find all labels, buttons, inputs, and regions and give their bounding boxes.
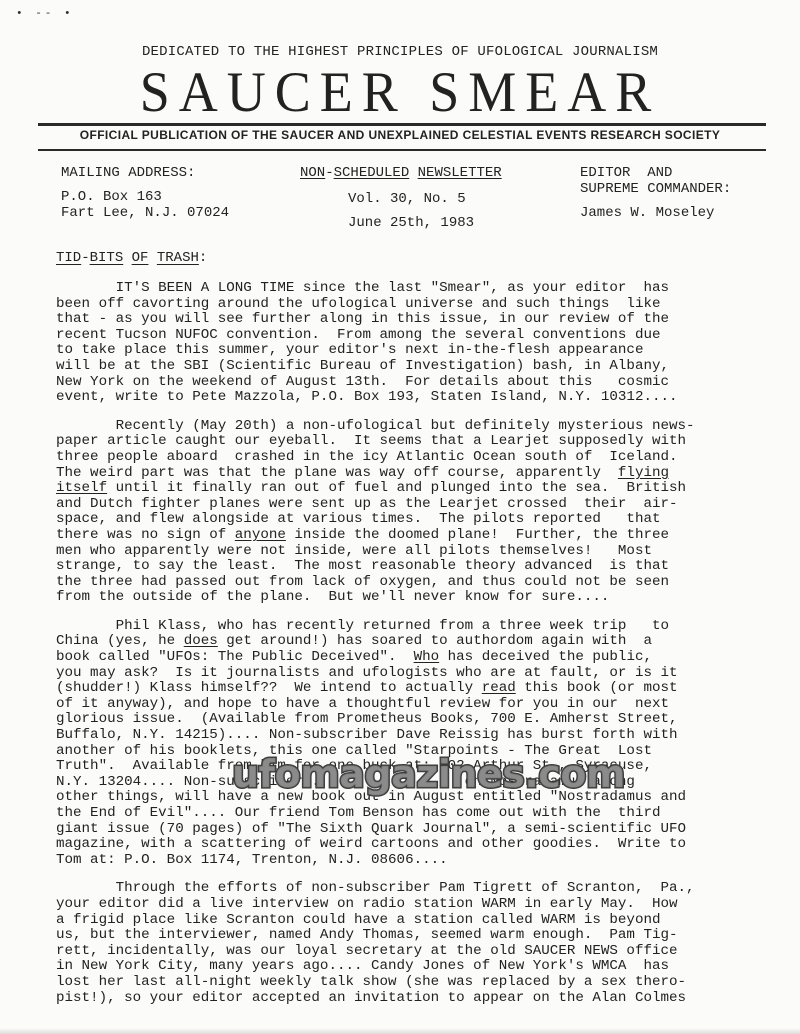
emphasized-word: itself <box>56 480 107 496</box>
editor-title-label: SUPREME COMMANDER: <box>580 181 731 197</box>
editor-label: EDITOR AND <box>580 165 731 181</box>
emphasized-word: Who <box>414 649 440 665</box>
article-paragraph: Recently (May 20th) a non-ufological but… <box>56 419 776 606</box>
newsletter-type: NON-SCHEDULED NEWSLETTER <box>300 165 502 181</box>
article-paragraph: Through the efforts of non-subscriber Pa… <box>56 881 776 1006</box>
official-publication-line: OFFICIAL PUBLICATION OF THE SAUCER AND U… <box>0 128 800 142</box>
mailing-address-label: MAILING ADDRESS: <box>61 165 229 181</box>
paragraph-text: Through the efforts of non-subscriber Pa… <box>56 880 695 1005</box>
section-heading: TID-BITS OF TRASH: <box>56 250 207 266</box>
address-line-1: P.O. Box 163 <box>61 189 229 205</box>
article-paragraph: Phil Klass, who has recently returned fr… <box>56 619 776 869</box>
article-body: IT'S BEEN A LONG TIME since the last "Sm… <box>56 281 776 1019</box>
article-paragraph: IT'S BEEN A LONG TIME since the last "Sm… <box>56 281 776 406</box>
emphasized-word: anyone <box>235 527 286 543</box>
masthead-rule-bottom <box>38 149 766 151</box>
emphasized-word: read <box>482 680 516 696</box>
emphasized-word: flying <box>618 465 669 481</box>
issue-date: June 25th, 1983 <box>348 215 502 231</box>
masthead-rule-top <box>38 123 766 126</box>
address-line-2: Fart Lee, N.J. 07024 <box>61 205 229 221</box>
masthead-title: SAUCER SMEAR <box>0 61 800 124</box>
paragraph-text: IT'S BEEN A LONG TIME since the last "Sm… <box>56 280 678 405</box>
dedication-line: DEDICATED TO THE HIGHEST PRINCIPLES OF U… <box>0 44 800 60</box>
editor-name: James W. Moseley <box>580 205 731 221</box>
page-edge-shadow <box>0 1028 800 1034</box>
volume-number: Vol. 30, No. 5 <box>348 191 502 207</box>
emphasized-word: does <box>184 633 218 649</box>
scan-specks: • -- • <box>16 8 74 20</box>
editor-block: EDITOR AND SUPREME COMMANDER: James W. M… <box>580 165 731 221</box>
paragraph-text: Recently (May 20th) a non-ufological but… <box>56 418 695 481</box>
mailing-address-block: MAILING ADDRESS: P.O. Box 163 Fart Lee, … <box>61 165 229 221</box>
watermark-logo: ufomagazines.com <box>232 752 625 796</box>
newsletter-info-block: NON-SCHEDULED NEWSLETTER Vol. 30, No. 5 … <box>300 165 502 231</box>
